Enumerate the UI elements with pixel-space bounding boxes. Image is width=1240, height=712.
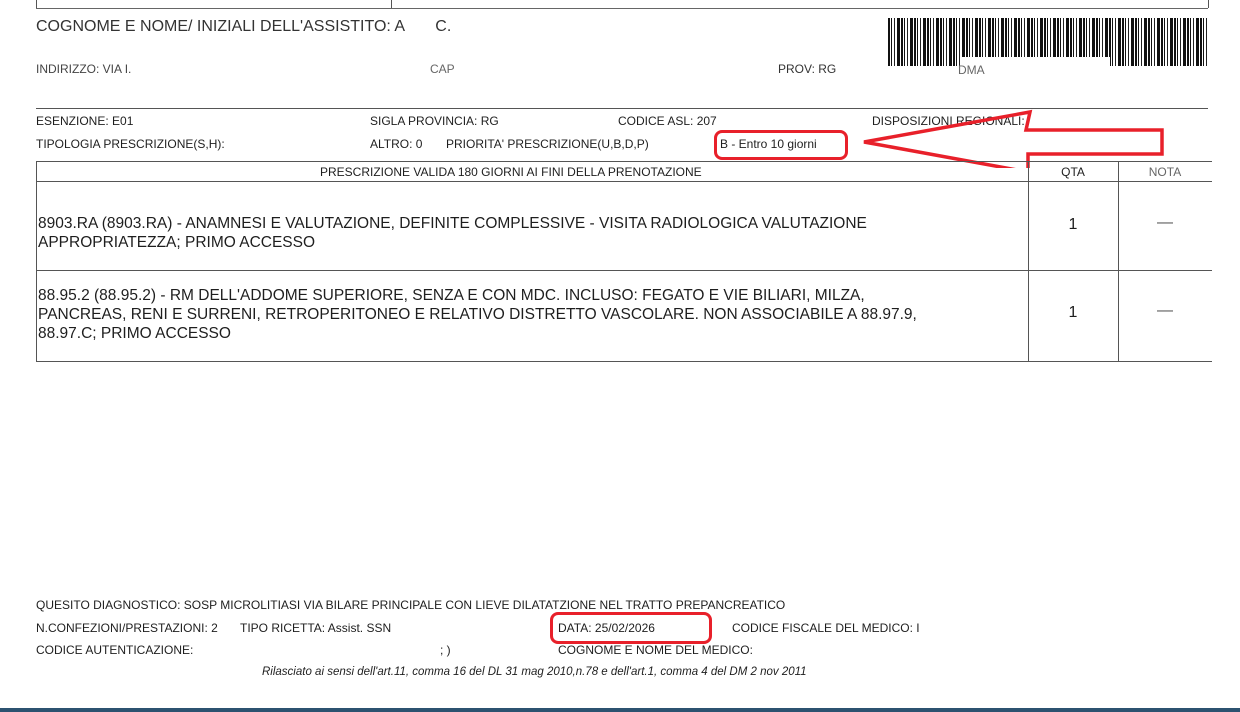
codice-fiscale-medico: CODICE FISCALE DEL MEDICO: I bbox=[732, 621, 920, 635]
sigla-provincia-value: RG bbox=[481, 114, 499, 128]
sigla-provincia-label: SIGLA PROVINCIA: bbox=[370, 114, 477, 128]
table-header-bottom bbox=[36, 181, 1212, 182]
table-left-border bbox=[36, 161, 37, 361]
dma-label: DMA bbox=[958, 63, 985, 77]
bottom-bar bbox=[0, 708, 1240, 712]
table-header-qta: QTA bbox=[1028, 165, 1118, 179]
codice-asl-label: CODICE ASL: bbox=[618, 114, 693, 128]
quesito-diagnostico: QUESITO DIAGNOSTICO: SOSP MICROLITIASI V… bbox=[36, 598, 785, 612]
row-2-line-1: 88.95.2 (88.95.2) - RM DELL'ADDOME SUPER… bbox=[38, 286, 917, 305]
codice-autenticazione: CODICE AUTENTICAZIONE: bbox=[36, 643, 193, 657]
altro-value: 0 bbox=[416, 137, 423, 151]
table-header-nota: NOTA bbox=[1118, 165, 1212, 179]
codice-asl-value: 207 bbox=[697, 114, 717, 128]
tipo-ricetta: TIPO RICETTA: Assist. SSN bbox=[240, 621, 391, 635]
codice-autenticazione-tail: ; ) bbox=[440, 643, 451, 657]
row-1-line-2: APPROPRIATEZZA; PRIMO ACCESSO bbox=[38, 233, 867, 252]
esenzione: ESENZIONE: E01 bbox=[36, 114, 133, 128]
table-row-divider bbox=[36, 270, 1212, 271]
top-box-right bbox=[1208, 0, 1209, 8]
esenzione-value: E01 bbox=[112, 114, 133, 128]
cap-label: CAP bbox=[430, 62, 455, 76]
prov: PROV: RG bbox=[778, 62, 836, 76]
table-nota-divider bbox=[1118, 161, 1119, 361]
table-qta-divider bbox=[1028, 161, 1029, 361]
table-header-description: PRESCRIZIONE VALIDA 180 GIORNI AI FINI D… bbox=[320, 165, 702, 179]
row-2-nota: — bbox=[1118, 302, 1212, 320]
cognome-medico: COGNOME E NOME DEL MEDICO: bbox=[558, 643, 753, 657]
altro-label: ALTRO: bbox=[370, 137, 412, 151]
codice-asl: CODICE ASL: 207 bbox=[618, 114, 717, 128]
patient-name: COGNOME E NOME/ INIZIALI DELL'ASSISTITO:… bbox=[36, 18, 451, 36]
prov-value: RG bbox=[818, 62, 836, 76]
top-border bbox=[36, 8, 1208, 9]
esenzione-label: ESENZIONE: bbox=[36, 114, 109, 128]
altro: ALTRO: 0 bbox=[370, 137, 422, 151]
annotation-arrow-icon bbox=[860, 108, 1200, 168]
patient-name-value: A C. bbox=[394, 18, 451, 35]
address: INDIRIZZO: VIA I. bbox=[36, 62, 131, 76]
top-box-left bbox=[36, 0, 37, 8]
table-bottom-border bbox=[36, 361, 1212, 362]
row-2-qta: 1 bbox=[1028, 304, 1118, 322]
sigla-provincia: SIGLA PROVINCIA: RG bbox=[370, 114, 499, 128]
tipologia-prescrizione: TIPOLOGIA PRESCRIZIONE(S,H): bbox=[36, 137, 225, 151]
priorita-label: PRIORITA' PRESCRIZIONE(U,B,D,P) bbox=[446, 137, 649, 151]
prov-label: PROV: bbox=[778, 62, 815, 76]
address-label: INDIRIZZO: VIA bbox=[36, 62, 121, 76]
date-highlight-box bbox=[550, 612, 712, 644]
row-2-line-3: 88.97.C; PRIMO ACCESSO bbox=[38, 324, 917, 343]
patient-name-label: COGNOME E NOME/ INIZIALI DELL'ASSISTITO: bbox=[36, 18, 391, 35]
table-row: 88.95.2 (88.95.2) - RM DELL'ADDOME SUPER… bbox=[38, 286, 917, 343]
n-confezioni: N.CONFEZIONI/PRESTAZIONI: 2 bbox=[36, 621, 218, 635]
address-value: I. bbox=[125, 62, 132, 76]
table-top-border bbox=[36, 161, 1212, 162]
table-row: 8903.RA (8903.RA) - ANAMNESI E VALUTAZIO… bbox=[38, 214, 867, 252]
row-1-line-1: 8903.RA (8903.RA) - ANAMNESI E VALUTAZIO… bbox=[38, 214, 867, 233]
row-1-qta: 1 bbox=[1028, 216, 1118, 234]
legal-note: Rilasciato ai sensi dell'art.11, comma 1… bbox=[262, 666, 807, 678]
top-box-divider bbox=[391, 0, 392, 8]
priority-highlight-box bbox=[714, 130, 848, 160]
row-2-line-2: PANCREAS, RENI E SURRENI, RETROPERITONEO… bbox=[38, 305, 917, 324]
row-1-nota: — bbox=[1118, 214, 1212, 232]
